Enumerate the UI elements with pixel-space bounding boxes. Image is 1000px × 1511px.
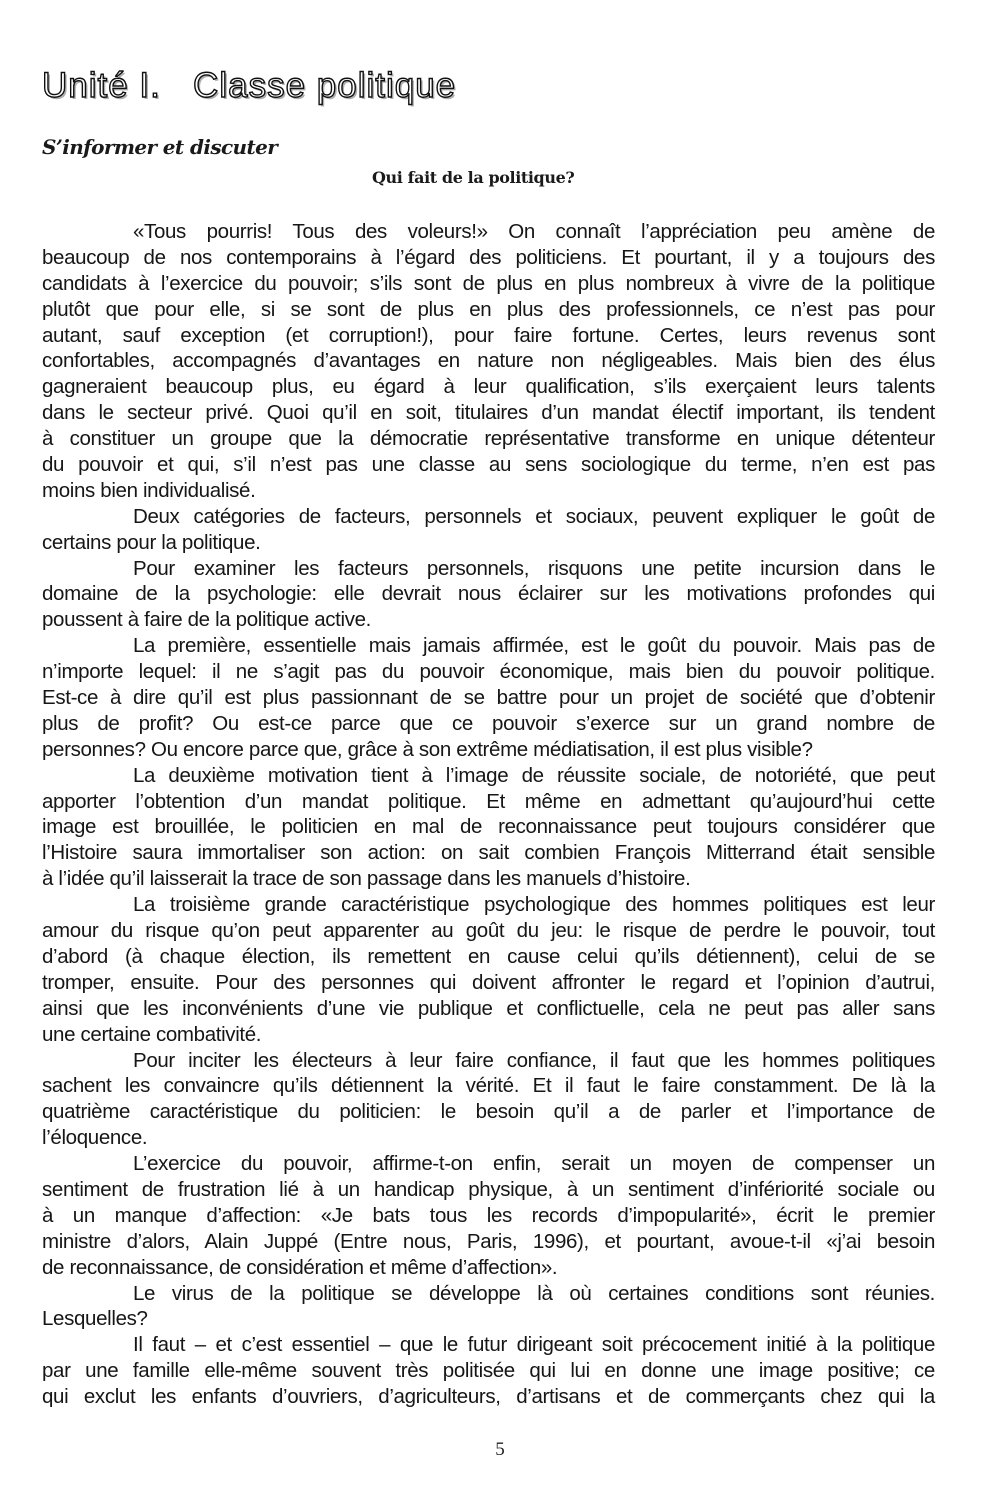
text-line: à l’idée qu’il laisserait la trace de so…	[42, 866, 935, 892]
text-line: amour du risque qu’on peut apparenter au…	[42, 918, 935, 944]
text-line: La première, essentielle mais jamais aff…	[42, 633, 935, 659]
text-line: de reconnaissance, de considération et m…	[42, 1255, 935, 1281]
text-line: L’exercice du pouvoir, affirme-t-on enfi…	[42, 1151, 935, 1177]
text-line: sentiment de frustration lié à un handic…	[42, 1177, 935, 1203]
paragraph: Pour inciter les électeurs à leur faire …	[42, 1048, 935, 1152]
text-line: l’éloquence.	[42, 1125, 935, 1151]
text-line: candidats à l’exercice du pouvoir; s’ils…	[42, 271, 935, 297]
text-line: confortables, accompagnés d’avantages en…	[42, 348, 935, 374]
text-line: image est brouillée, le politicien en ma…	[42, 814, 935, 840]
text-line: l’Histoire saura immortaliser son action…	[42, 840, 935, 866]
paragraph: Deux catégories de facteurs, personnels …	[42, 504, 935, 556]
text-line: du pouvoir et qui, s’il n’est pas une cl…	[42, 452, 935, 478]
document-page: Unité I. Classe politique S’informer et …	[0, 0, 1000, 1511]
text-line: «Tous pourris! Tous des voleurs!» On con…	[42, 219, 935, 245]
text-line: moins bien individualisé.	[42, 478, 935, 504]
paragraph: Le virus de la politique se développe là…	[42, 1281, 935, 1333]
text-line: gagneraient beaucoup plus, eu égard à le…	[42, 374, 935, 400]
text-line: domaine de la psychologie: elle devrait …	[42, 581, 935, 607]
page-number: 5	[0, 1439, 1000, 1461]
text-line: ainsi que les inconvénients d’une vie pu…	[42, 996, 935, 1022]
text-line: Est-ce à dire qu’il est plus passionnant…	[42, 685, 935, 711]
text-line: poussent à faire de la politique active.	[42, 607, 935, 633]
text-line: une certaine combativité.	[42, 1022, 935, 1048]
text-line: d’abord (à chaque élection, ils remetten…	[42, 944, 935, 970]
paragraph: La deuxième motivation tient à l’image d…	[42, 763, 935, 892]
article-body: «Tous pourris! Tous des voleurs!» On con…	[42, 219, 935, 1410]
text-line: sachent les convaincre qu’ils détiennent…	[42, 1073, 935, 1099]
text-line: Pour inciter les électeurs à leur faire …	[42, 1048, 935, 1074]
text-line: Le virus de la politique se développe là…	[42, 1281, 935, 1307]
text-line: qui exclut les enfants d’ouvriers, d’agr…	[42, 1384, 935, 1410]
paragraph: La première, essentielle mais jamais aff…	[42, 633, 935, 762]
text-line: à un manque d’affection: «Je bats tous l…	[42, 1203, 935, 1229]
paragraph: Il faut – et c’est essentiel – que le fu…	[42, 1332, 935, 1410]
paragraph: L’exercice du pouvoir, affirme-t-on enfi…	[42, 1151, 935, 1280]
text-line: Pour examiner les facteurs personnels, r…	[42, 556, 935, 582]
text-line: personnes? Ou encore parce que, grâce à …	[42, 737, 935, 763]
text-line: certains pour la politique.	[42, 530, 935, 556]
text-line: plus de profit? Ou est-ce parce que ce p…	[42, 711, 935, 737]
text-line: n’importe lequel: il ne s’agit pas du po…	[42, 659, 935, 685]
text-line: apporter l’obtention d’un mandat politiq…	[42, 789, 935, 815]
text-line: Il faut – et c’est essentiel – que le fu…	[42, 1332, 935, 1358]
text-line: La troisième grande caractéristique psyc…	[42, 892, 935, 918]
text-line: tromper, ensuite. Pour des personnes qui…	[42, 970, 935, 996]
unit-title: Unité I. Classe politique	[42, 66, 456, 106]
text-line: La deuxième motivation tient à l’image d…	[42, 763, 935, 789]
text-line: plutôt que pour elle, si se sont de plus…	[42, 297, 935, 323]
text-line: Deux catégories de facteurs, personnels …	[42, 504, 935, 530]
text-line: ministre d’alors, Alain Juppé (Entre nou…	[42, 1229, 935, 1255]
article-title: Qui fait de la politique?	[372, 166, 574, 190]
text-line: dans le secteur privé. Quoi qu’il en soi…	[42, 400, 935, 426]
text-line: beaucoup de nos contemporains à l’égard …	[42, 245, 935, 271]
text-line: à constituer un groupe que la démocratie…	[42, 426, 935, 452]
paragraph: «Tous pourris! Tous des voleurs!» On con…	[42, 219, 935, 504]
section-title: S’informer et discuter	[42, 134, 277, 160]
text-line: par une famille elle-même souvent très p…	[42, 1358, 935, 1384]
text-line: Lesquelles?	[42, 1306, 935, 1332]
text-line: autant, sauf exception (et corruption!),…	[42, 323, 935, 349]
text-line: quatrième caractéristique du politicien:…	[42, 1099, 935, 1125]
paragraph: Pour examiner les facteurs personnels, r…	[42, 556, 935, 634]
paragraph: La troisième grande caractéristique psyc…	[42, 892, 935, 1047]
